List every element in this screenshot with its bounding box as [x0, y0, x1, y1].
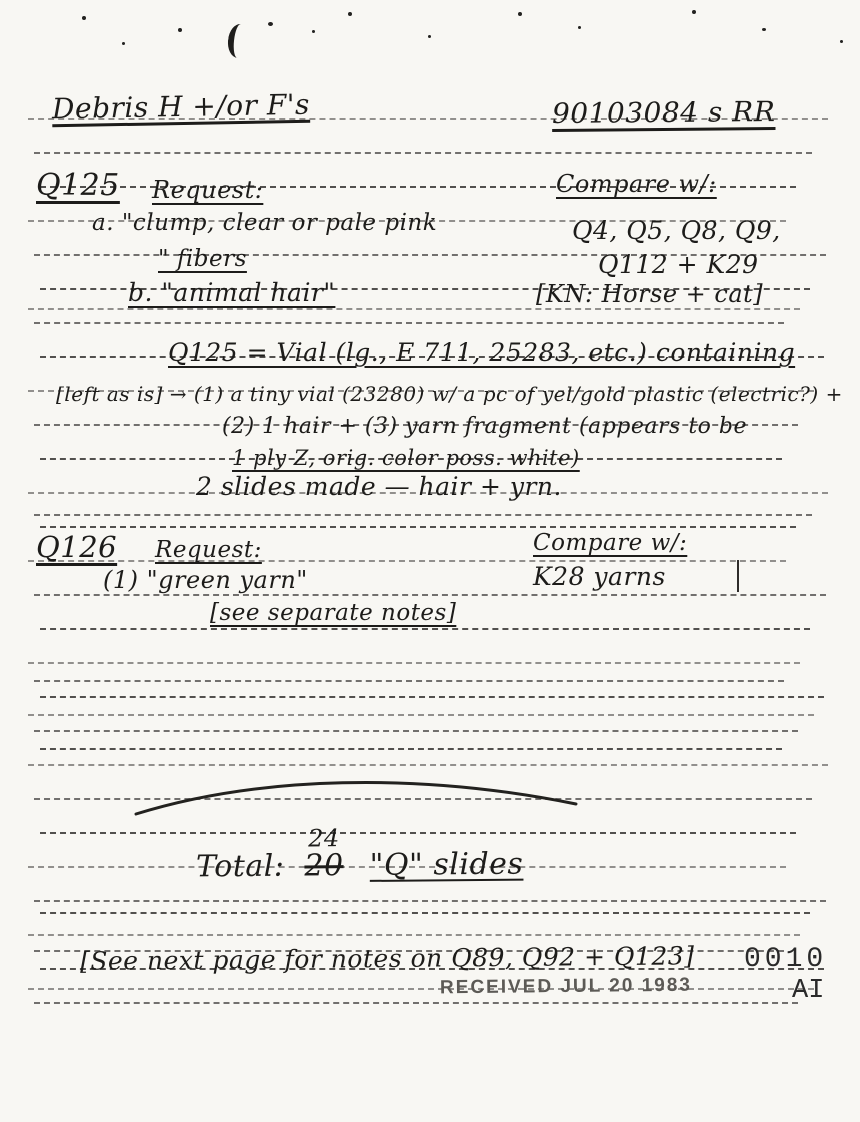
ruled-line: [28, 764, 828, 766]
ruled-line: [34, 594, 826, 596]
scan-speck: [518, 12, 522, 16]
ruled-line: [40, 696, 824, 698]
scan-speck: [578, 26, 581, 29]
q126-separate-notes: [see separate notes]: [210, 600, 456, 626]
scanned-note-page: Debris H +/or F's 90103084 s RR Q125 Req…: [0, 0, 860, 1122]
ruled-line: [28, 934, 800, 936]
ink-swoosh-curve: [128, 772, 588, 820]
page-number: 0010: [744, 944, 827, 975]
scan-speck: [82, 16, 86, 20]
total-crossed-out: 20: [304, 848, 343, 883]
ruled-line: [34, 900, 826, 902]
scan-speck: [268, 22, 273, 26]
case-number: 90103084 s RR: [552, 95, 776, 130]
ruled-line: [34, 680, 784, 682]
ruled-line: [40, 526, 796, 528]
total-corrected-number: 20 24: [304, 848, 343, 883]
scan-speck: [840, 40, 843, 43]
q125-request-label: Request:: [152, 176, 263, 204]
page-title: Debris H +/or F's: [52, 88, 310, 125]
q125-compare-line: Q112 + K29: [598, 250, 759, 279]
scan-artifact-mark: [226, 23, 251, 59]
ruled-line: [34, 730, 798, 732]
q125-kn-note: [KN: Horse + cat]: [536, 280, 763, 308]
total-line: Total: 20 24 "Q" slides: [196, 847, 524, 885]
scan-speck: [312, 30, 315, 33]
q125-note-line: Q125 = Vial (lg., E 711, 25283, etc.) co…: [168, 338, 795, 367]
q126-request-label: Request:: [155, 537, 262, 563]
ruled-line: [34, 1002, 798, 1004]
q126-compare-line: K28 yarns: [533, 562, 666, 591]
ruled-line: [28, 560, 786, 562]
q125-note-line: (2) 1 hair + (3) yarn fragment (appears …: [222, 414, 747, 439]
total-new-value: 24: [308, 824, 340, 852]
total-label: Total:: [196, 849, 285, 885]
q125-compare-label: Compare w/:: [556, 170, 717, 198]
q125-compare-line: Q4, Q5, Q8, Q9,: [572, 216, 781, 245]
scan-speck: [762, 28, 766, 31]
ruled-line: [34, 322, 784, 324]
q125-note-line: 2 slides made — hair + yrn.: [196, 472, 562, 501]
ruled-line: [40, 912, 810, 914]
ruled-line: [28, 714, 814, 716]
scan-speck: [348, 12, 352, 16]
q126-compare-label: Compare w/:: [533, 530, 687, 556]
total-suffix: "Q" slides: [370, 847, 524, 883]
ruled-line: [40, 748, 782, 750]
scan-speck: [692, 10, 696, 14]
ruled-line: [28, 308, 800, 310]
q125-request-line: " fibers: [158, 246, 247, 272]
ruled-line: [28, 662, 800, 664]
scan-speck: [122, 42, 125, 45]
ruled-line: [28, 988, 814, 990]
q126-request-line: (1) "green yarn": [103, 566, 308, 594]
scan-speck: [178, 28, 182, 32]
q125-note-line: 1 ply Z, orig. color poss. white): [232, 446, 580, 470]
received-stamp: RECEIVED JUL 20 1983: [440, 975, 692, 1000]
next-page-note: [See next page for notes on Q89, Q92 + Q…: [80, 941, 695, 975]
q126-item-label: Q126: [36, 530, 117, 564]
q125-note-line: [left as is] → (1) a tiny vial (23280) w…: [56, 382, 843, 406]
q125-request-line: b. "animal hair": [128, 278, 335, 307]
q125-request-line: a. "clump, clear or pale pink: [92, 210, 437, 236]
scan-tick-mark: [737, 560, 739, 592]
page-code: AI: [792, 976, 824, 1006]
ruled-line: [34, 152, 812, 154]
scan-speck: [428, 35, 431, 38]
ruled-line: [40, 832, 796, 834]
ruled-line: [34, 514, 812, 516]
ruled-line: [40, 628, 810, 630]
q125-item-label: Q125: [36, 168, 120, 203]
